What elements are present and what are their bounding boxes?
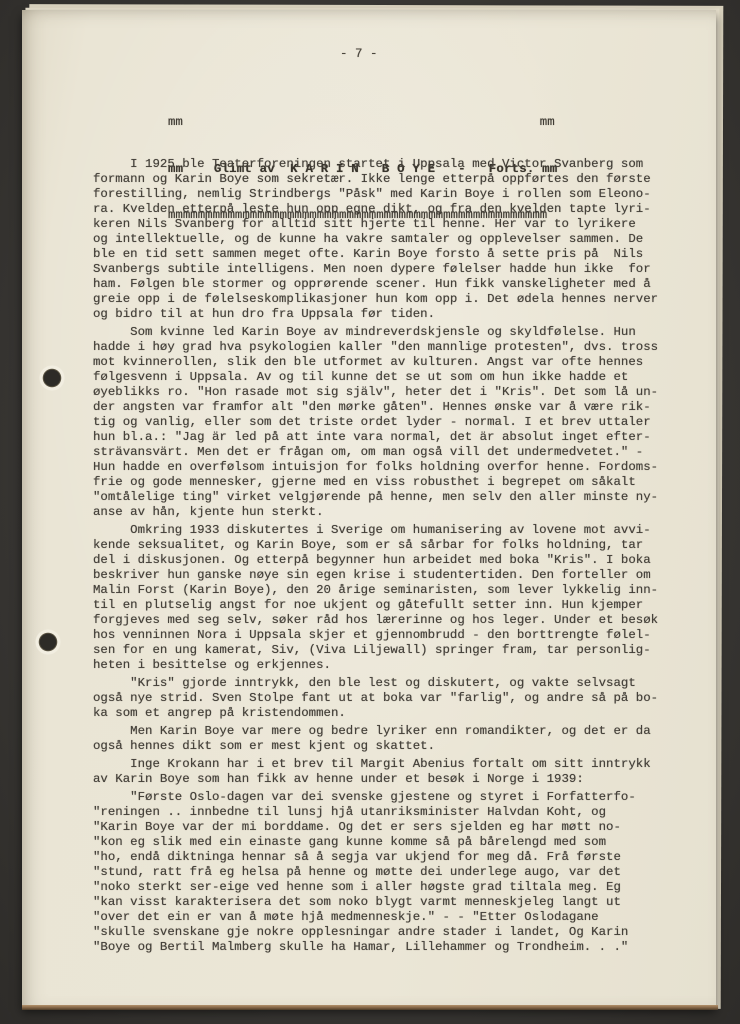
typist-mark-row: mm mm <box>168 115 557 131</box>
paragraph-1: I 1925 ble Teaterforeningen startet i Up… <box>93 157 683 322</box>
document-body: I 1925 ble Teaterforeningen startet i Up… <box>93 157 683 958</box>
document-page: - 7 - mm mm mm Glimt av K A R I N B O Y … <box>22 10 716 1006</box>
scan-background: - 7 - mm mm mm Glimt av K A R I N B O Y … <box>0 0 740 1024</box>
paragraph-3: Omkring 1933 diskutertes i Sverige om hu… <box>93 523 683 673</box>
paragraph-5: Men Karin Boye var mere og bedre lyriker… <box>93 724 683 754</box>
paragraph-7-quote: "Første Oslo-dagen var dei svenske gjest… <box>93 790 683 955</box>
paragraph-2: Som kvinne led Karin Boye av mindreverds… <box>93 325 683 520</box>
punch-hole-icon <box>35 629 61 655</box>
paragraph-6: Inge Krokann har i et brev til Margit Ab… <box>93 757 683 787</box>
punch-hole-icon <box>39 365 65 391</box>
paragraph-4: "Kris" gjorde inntrykk, den ble lest og … <box>93 676 683 721</box>
page-number: - 7 - <box>340 47 378 61</box>
